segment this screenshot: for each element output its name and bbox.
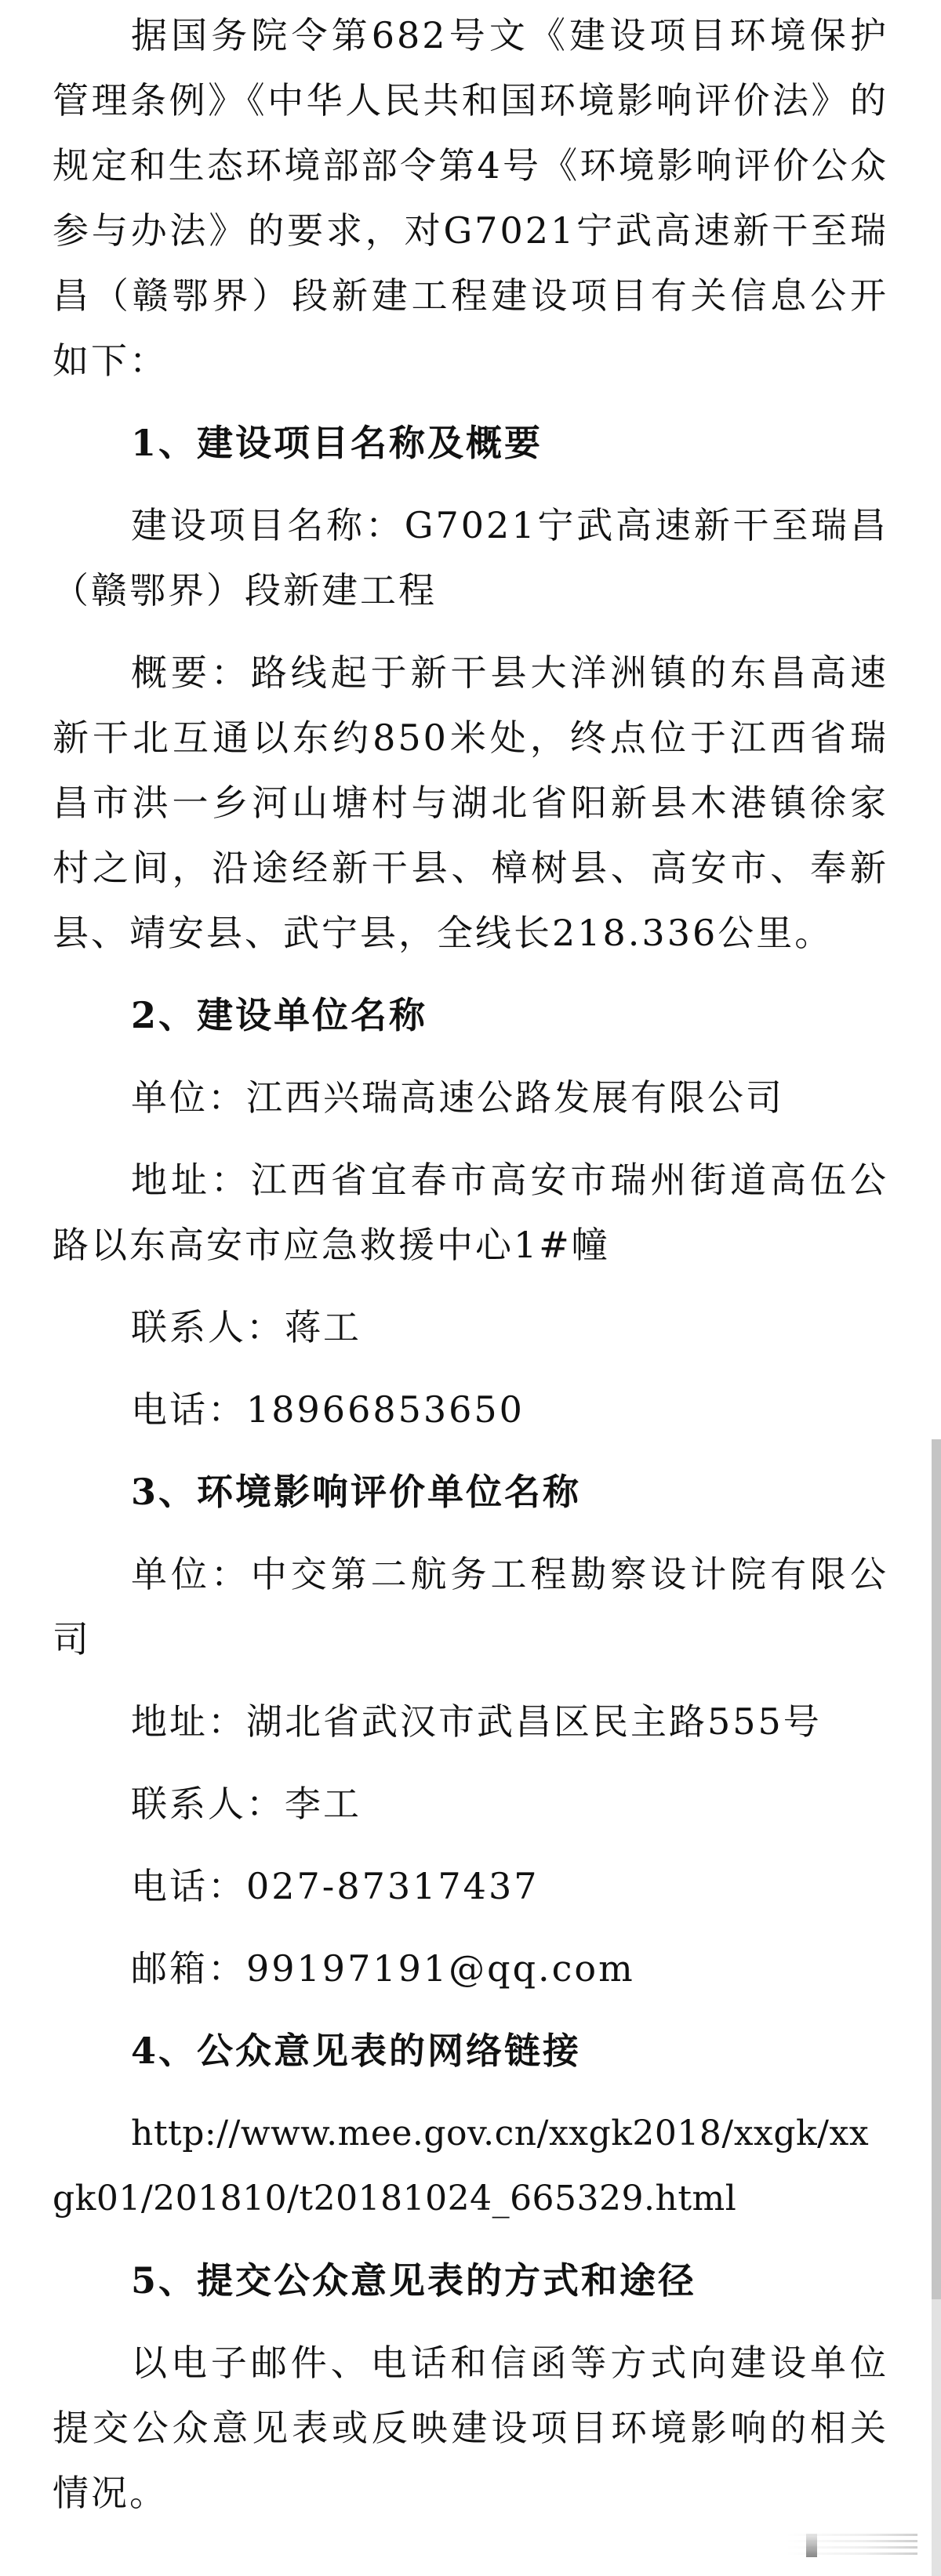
project-summary: 概要：路线起于新干县大洋洲镇的东昌高速新干北互通以东约850米处，终点位于江西省…: [53, 640, 888, 966]
section-heading-feedback-link: 4、公众意见表的网络链接: [53, 2019, 888, 2084]
builder-contact: 联系人：蒋工: [53, 1295, 888, 1360]
notice-document: 据国务院令第682号文《建设项目环境保护管理条例》《中华人民共和国环境影响评价法…: [53, 3, 888, 2543]
section-heading-builder: 2、建设单位名称: [53, 983, 888, 1048]
watermark-icon: [784, 2532, 919, 2557]
eia-contact: 联系人：李工: [53, 1772, 888, 1837]
eia-unit: 单位：中交第二航务工程勘察设计院有限公司: [53, 1542, 888, 1672]
scrollbar-thumb[interactable]: [932, 1439, 941, 2299]
intro-paragraph: 据国务院令第682号文《建设项目环境保护管理条例》《中华人民共和国环境影响评价法…: [53, 3, 888, 394]
vertical-scrollbar[interactable]: [932, 1439, 941, 2576]
builder-address: 地址：江西省宜春市高安市瑞州街道高伍公路以东高安市应急救援中心1#幢: [53, 1148, 888, 1278]
section-heading-project: 1、建设项目名称及概要: [53, 411, 888, 476]
builder-unit: 单位：江西兴瑞高速公路发展有限公司: [53, 1065, 888, 1130]
project-name: 建设项目名称：G7021宁武高速新干至瑞昌（赣鄂界）段新建工程: [53, 493, 888, 623]
feedback-form-link[interactable]: http://www.mee.gov.cn/xxgk2018/xxgk/xxgk…: [53, 2101, 888, 2231]
eia-email: 邮箱：99197191@qq.com: [53, 1936, 888, 2001]
eia-address: 地址：湖北省武汉市武昌区民主路555号: [53, 1689, 888, 1754]
builder-phone: 电话：18966853650: [53, 1377, 888, 1442]
eia-phone: 电话：027-87317437: [53, 1854, 888, 1919]
submission-method: 以电子邮件、电话和信函等方式向建设单位提交公众意见表或反映建设项目环境影响的相关…: [53, 2331, 888, 2526]
section-heading-eia-unit: 3、环境影响评价单位名称: [53, 1460, 888, 1525]
section-heading-submission: 5、提交公众意见表的方式和途径: [53, 2248, 888, 2313]
